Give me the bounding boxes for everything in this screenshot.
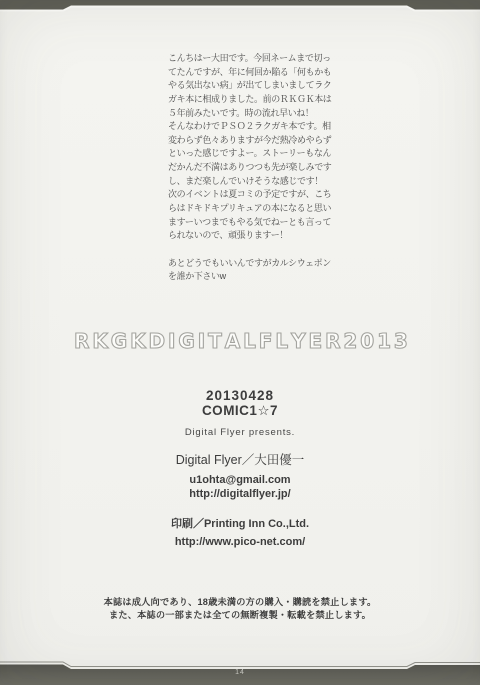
title-letter: R	[325, 329, 340, 353]
text-line: 変わらず色々ありますが今だ熱冷めやらず	[168, 133, 354, 147]
title-letter: 2	[343, 329, 357, 353]
title-letter: T	[208, 329, 222, 353]
circle-website-url: http://digitalflyer.jp/	[0, 488, 480, 500]
text-line: 本誌は成人向であり、18歳未満の方の購入・購読を禁止します。	[0, 596, 480, 609]
text-line: ５年前みたいです。時の流れ早いね！	[168, 106, 354, 120]
title-letter: I	[198, 329, 205, 353]
title-letter: R	[74, 329, 89, 353]
afterword-text: こんちはー大田です。今回ネームまで切ってたんですが、年に何回か陥る「何もかもやる…	[168, 51, 354, 283]
text-line: を誰か下さいw	[168, 269, 354, 283]
text-line: てたんですが、年に何回か陥る「何もかも	[168, 65, 354, 79]
frame-top-highlight	[0, 7, 480, 11]
scanned-doujinshi-page: こんちはー大田です。今回ネームまで切ってたんですが、年に何回か陥る「何もかもやる…	[0, 0, 480, 685]
title-letter: 0	[360, 329, 374, 353]
title-letter: I	[168, 329, 175, 353]
title-letter: A	[225, 329, 240, 353]
event-date: 20130428	[0, 388, 480, 403]
text-line: そんなわけでＰＳＯ２ラクガキ本です。相	[168, 119, 354, 133]
frame-bottom-hairline	[0, 662, 480, 667]
text-line: られないので、頑張りますー！	[168, 228, 354, 242]
event-name: COMIC1☆7	[0, 403, 480, 419]
title-letter: 1	[377, 329, 391, 353]
text-line: やる気出ない病」が出てしまいましてラク	[168, 78, 354, 92]
title-letter: E	[308, 329, 322, 353]
title-letter: 3	[394, 329, 408, 353]
title-letter: L	[275, 329, 288, 353]
contact-email: u1ohta@gmail.com	[0, 474, 480, 486]
text-line: だかんだ不満はありつつも先が楽しみです	[168, 160, 354, 174]
text-line	[168, 242, 354, 256]
title-letter: Y	[291, 329, 305, 353]
text-line: し、まだ楽しんでいけそうな感じです！	[168, 174, 354, 188]
disclaimer-text: 本誌は成人向であり、18歳未満の方の購入・購読を禁止します。また、本誌の一部また…	[0, 596, 480, 622]
text-line: ガキ本に相成りました。前のＲＫＧＫ本は	[168, 92, 354, 106]
text-line: 次のイベントは夏コミの予定ですが、こち	[168, 187, 354, 201]
title-letter: F	[259, 329, 273, 353]
outline-title: RKGKDIGITALFLYER2013	[74, 329, 408, 355]
title-letter: L	[243, 329, 256, 353]
text-line: あとどうでもいいんですがカルシウェポン	[168, 256, 354, 270]
text-line: らはドキドキプリキュアの本になると思い	[168, 201, 354, 215]
text-line: こんちはー大田です。今回ネームまで切っ	[168, 51, 354, 65]
title-letter: K	[92, 329, 108, 353]
text-line: また、本誌の一部または全ての無断複製・転載を禁止します。	[0, 609, 480, 622]
page-frame-top	[0, 0, 480, 14]
printer-credit: 印刷／Printing Inn Co.,Ltd.	[0, 515, 480, 531]
presents-line: Digital Flyer presents.	[0, 427, 480, 438]
printer-website-url: http://www.pico-net.com/	[0, 536, 480, 548]
text-line: ますーいつまでもやる気でねーとも言って	[168, 215, 354, 229]
title-letter: K	[130, 329, 146, 353]
title-letter: D	[149, 329, 166, 353]
title-letter: G	[111, 329, 127, 353]
text-line: といった感じですよー。ストーリーもなん	[168, 146, 354, 160]
circle-author: Digital Flyer／大田優一	[0, 450, 480, 468]
title-letter: G	[178, 329, 194, 353]
page-number: 14	[226, 669, 254, 676]
